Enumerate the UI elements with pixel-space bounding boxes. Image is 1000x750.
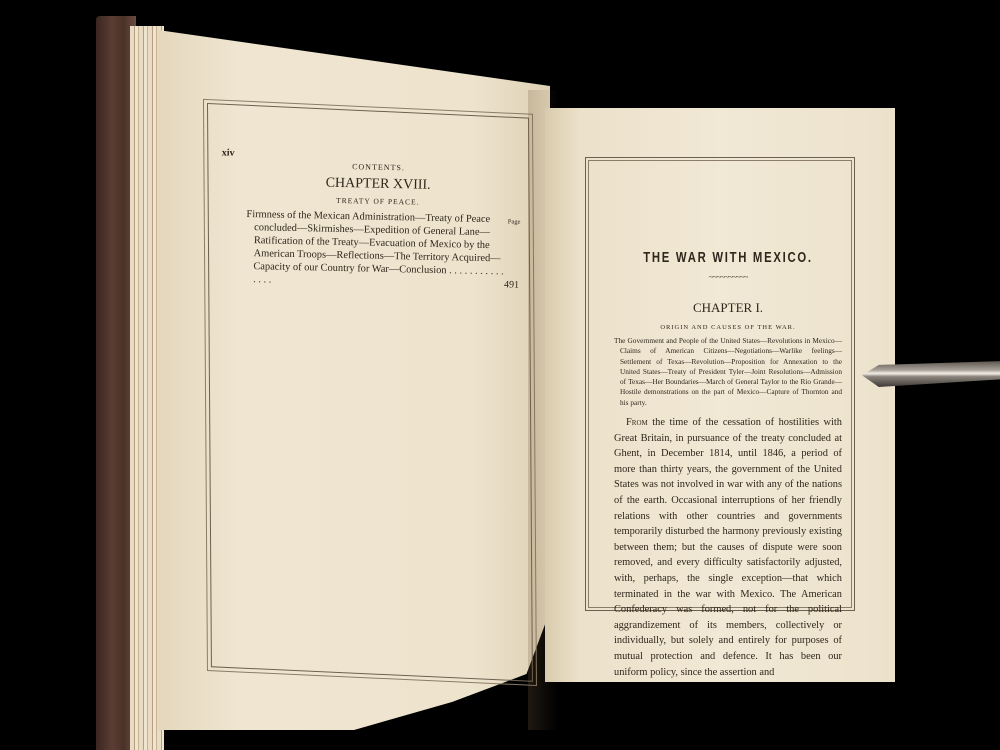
toc-page-number: 491: [512, 279, 519, 292]
book-title: THE WAR WITH MEXICO.: [639, 250, 817, 266]
chapter-subtitle: ORIGIN AND CAUSES OF THE WAR.: [614, 324, 842, 331]
page-column-label: Page: [516, 216, 521, 229]
toc-entry: Firmness of the Mexican Administration—T…: [245, 208, 509, 291]
chapter-heading: CHAPTER XVIII.: [247, 174, 509, 195]
letter-opener-icon: [862, 361, 1000, 387]
chapter-synopsis: The Government and People of the United …: [614, 336, 842, 408]
chapter-subtitle: TREATY OF PEACE.: [247, 194, 509, 208]
right-page-text: THE WAR WITH MEXICO. ~~~~~~~~~~ CHAPTER …: [614, 250, 842, 680]
chapter-heading: CHAPTER I.: [614, 300, 842, 316]
running-head: CONTENTS.: [247, 160, 509, 174]
open-book: xiv CONTENTS. CHAPTER XVIII. TREATY OF P…: [0, 0, 1000, 750]
left-page-text: xiv CONTENTS. CHAPTER XVIII. TREATY OF P…: [245, 142, 510, 291]
body-first-word: From: [626, 417, 648, 428]
body-paragraph: From the time of the cessation of hostil…: [614, 415, 842, 680]
folio-number: xiv: [222, 147, 235, 158]
toc-entry-text: Firmness of the Mexican Administration—T…: [246, 209, 503, 286]
body-text: the time of the cessation of hostilities…: [614, 417, 842, 678]
ornament-rule: ~~~~~~~~~~: [614, 272, 842, 282]
